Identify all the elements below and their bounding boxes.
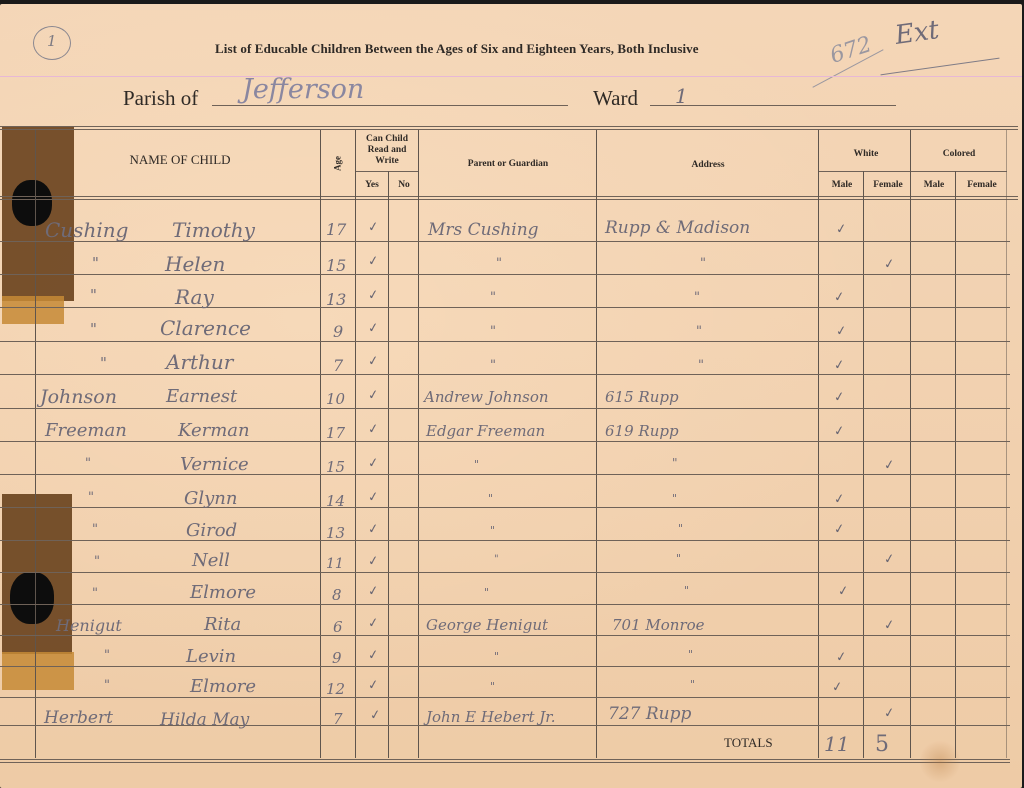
annotation-text: Ext [893,15,941,51]
row-parent: Mrs Cushing [428,220,539,240]
totals-white-male: 11 [824,732,849,756]
check-icon: ✓ [833,521,846,537]
check-icon: ✓ [833,423,846,439]
margin-line [35,130,36,758]
row-age: 17 [326,424,345,442]
row-surname: " [85,456,91,471]
row-age: 17 [326,220,346,239]
punch-hole-lower [10,572,54,624]
row-parent: John E Hebert Jr. [426,708,556,726]
check-icon: ✓ [367,387,380,403]
header-bottom-rule [0,196,1018,197]
row-given-name: Clarence [160,316,251,340]
row-surname: Herbert [44,708,113,728]
water-stain [920,739,960,784]
check-icon: ✓ [833,491,846,507]
row-address: " [676,552,681,565]
row-address: " [690,678,695,691]
row-address: 619 Rupp [605,422,679,440]
row-address: " [688,648,693,661]
row-parent: " [494,650,499,663]
col-header-no: No [389,180,419,191]
header-sub-rule-race [819,171,1007,172]
row-age: 14 [326,492,345,510]
row-age: 15 [326,458,345,476]
annotation-underline [881,58,1000,76]
check-icon: ✓ [367,421,380,437]
table-top-rule [0,126,1018,127]
row-given-name: Elmore [190,582,256,603]
col-header-parent: Parent or Guardian [420,159,596,170]
check-icon: ✓ [833,389,846,405]
row-rule [0,441,1010,442]
row-parent: " [488,492,493,505]
col-line-right [1006,130,1007,758]
row-given-name: Hilda May [160,710,249,730]
row-age: 9 [332,649,342,667]
row-given-name: Nell [192,550,230,571]
row-address: " [684,584,689,597]
row-rule [0,604,1010,605]
row-rule [0,540,1010,541]
row-given-name: Arthur [166,350,233,374]
row-given-name: Rita [204,614,241,635]
row-parent: " [490,358,496,373]
row-age: 13 [326,290,346,309]
row-parent: " [490,290,496,305]
tape-upper-edge [2,296,64,324]
header-bottom-rule-2 [0,199,1018,200]
row-given-name: Vernice [180,454,249,475]
row-address: " [700,256,706,271]
col-line-colored-female [955,171,956,758]
row-given-name: Girod [186,520,237,541]
col-line-address [596,130,597,758]
row-surname: Henigut [56,616,122,635]
row-rule [0,474,1010,475]
row-rule [0,666,1010,667]
totals-label: TOTALS [724,735,773,751]
page-number: 1 [47,32,57,50]
table-top-rule-2 [0,129,1018,130]
check-icon: ✓ [367,219,380,235]
row-surname: Johnson [40,386,117,408]
check-icon: ✓ [835,323,848,339]
ward-label: Ward [593,86,638,111]
table-bottom-rule-2 [0,762,1010,763]
check-icon: ✓ [367,553,380,569]
col-header-colored-male: Male [912,180,956,191]
check-icon: ✓ [367,615,380,631]
check-icon: ✓ [367,521,380,537]
tape-lower-edge [2,652,74,690]
row-age: 15 [326,256,346,275]
check-icon: ✓ [831,679,844,695]
row-rule [0,697,1010,698]
row-address: 701 Monroe [612,616,705,634]
row-surname: " [90,286,97,304]
row-given-name: Elmore [190,676,256,697]
row-surname: " [90,320,97,338]
row-address: " [696,324,702,339]
check-icon: ✓ [833,289,846,305]
row-given-name: Ray [175,285,214,309]
row-given-name: Kerman [178,420,250,441]
row-parent: George Henigut [426,616,548,634]
check-icon: ✓ [833,357,846,373]
row-surname: Cushing [45,218,128,242]
header-sub-rule-rw [356,171,418,172]
totals-white-female: 5 [875,732,889,757]
col-header-name: NAME OF CHILD [80,154,280,165]
row-given-name: Helen [165,252,225,276]
check-icon: ✓ [367,253,380,269]
row-rule [0,241,1010,242]
check-icon: ✓ [883,457,896,473]
col-line-yes [355,130,356,758]
row-age: 7 [333,710,343,728]
form-title: List of Educable Children Between the Ag… [215,41,699,57]
check-icon: ✓ [369,707,382,723]
col-line-no [388,171,389,758]
row-age: 13 [326,524,345,542]
census-form-page: 1 List of Educable Children Between the … [0,4,1022,788]
row-parent: " [490,324,496,339]
check-icon: ✓ [367,647,380,663]
row-age: 6 [333,618,343,636]
check-icon: ✓ [367,677,380,693]
row-parent: " [496,256,502,271]
parish-label: Parish of [123,86,198,111]
row-surname: " [92,586,98,601]
check-icon: ✓ [835,221,848,237]
row-rule [0,635,1010,636]
row-rule [0,507,1010,508]
table-bottom-rule [0,759,1010,760]
col-header-white-male: Male [820,180,864,191]
row-surname: " [92,522,98,537]
annotation-number: 672 [827,32,875,69]
col-line-parent [418,130,419,758]
row-rule [0,374,1010,375]
row-surname: " [88,490,94,505]
row-age: 10 [326,390,345,408]
row-surname: " [104,678,110,693]
row-rule [0,408,1010,409]
row-parent: " [490,680,495,693]
row-given-name: Earnest [166,386,237,407]
row-rule [0,572,1010,573]
parish-value: Jefferson [242,74,364,105]
col-line-colored [910,130,911,758]
row-age: 11 [326,556,344,572]
row-address: " [672,456,678,470]
row-address: " [694,290,700,305]
check-icon: ✓ [883,551,896,567]
col-line-age [320,130,321,758]
row-age: 12 [326,680,345,698]
row-given-name: Levin [186,646,236,667]
col-header-white-female: Female [864,180,912,191]
row-age: 9 [333,322,343,341]
row-parent: Edgar Freeman [426,422,545,440]
row-surname: " [94,554,100,569]
col-line-white-female [863,171,864,758]
check-icon: ✓ [835,649,848,665]
row-parent: " [484,586,489,599]
row-address: 615 Rupp [605,388,679,406]
row-age: 8 [332,586,342,604]
row-address: " [698,358,704,373]
row-parent: Andrew Johnson [424,388,549,406]
check-icon: ✓ [367,455,380,471]
row-parent: " [494,554,499,565]
row-rule [0,274,1010,275]
col-header-age: Age [333,146,344,182]
check-icon: ✓ [367,489,380,505]
check-icon: ✓ [883,705,896,721]
col-header-address: Address [597,160,819,171]
row-address: " [672,492,677,505]
row-surname: " [104,648,110,663]
check-icon: ✓ [367,320,380,336]
row-given-name: Glynn [184,488,238,509]
check-icon: ✓ [367,583,380,599]
col-header-colored: Colored [912,149,1006,160]
row-rule [0,307,1010,308]
check-icon: ✓ [367,287,380,303]
row-parent: " [474,458,479,471]
check-icon: ✓ [883,617,896,633]
row-surname: Freeman [45,420,127,441]
row-age: 7 [333,356,343,375]
row-surname: " [100,354,107,372]
parish-line [212,105,568,106]
pink-rule [0,76,1022,77]
col-header-colored-female: Female [957,180,1007,191]
check-icon: ✓ [883,256,896,272]
col-header-yes: Yes [356,180,388,191]
row-parent: " [490,524,495,537]
row-rule [0,341,1010,342]
check-icon: ✓ [837,583,850,599]
check-icon: ✓ [367,353,380,369]
row-address: " [678,522,683,535]
ward-value: 1 [675,84,688,108]
row-surname: " [92,254,99,272]
col-line-white-male [818,130,819,758]
col-header-read-write: Can Child Read and Write [358,134,416,167]
row-given-name: Timothy [172,218,255,242]
col-header-white: White [820,149,912,160]
row-address: Rupp & Madison [605,218,750,238]
row-address: 727 Rupp [608,704,691,724]
